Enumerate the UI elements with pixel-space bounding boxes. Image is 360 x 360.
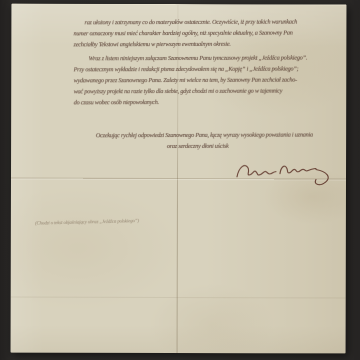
letter-line: Przy ostatecznym wykładzie i redakcji pi…	[74, 66, 299, 74]
closing-line: oraz serdeczny dłoni uścisk	[167, 143, 229, 150]
letter-line: raz ułożony i zatrzymany co do materyałó…	[84, 19, 297, 27]
closing-line: Oczekując rychłej odpowiedzi Szanownego …	[96, 132, 313, 140]
pencil-annotation: (Chodzi o tekst objaśniający obraz „Jeźd…	[35, 219, 139, 227]
letter-line: numer oznaczony musi mieć charakter bard…	[73, 30, 292, 38]
handwritten-signature-icon	[230, 156, 338, 190]
letter-line: wydawanego przez Szanownego Pana. Zależy…	[74, 77, 297, 85]
letter-line: do czasu wobec osób niepowołanych.	[74, 99, 159, 106]
handwritten-text-layer: raz ułożony i zatrzymany co do materyałó…	[10, 4, 346, 353]
letter-line: zechciałby Tekstowi angielskiemu w pierw…	[74, 41, 231, 49]
letter-line: Wraz z listem niniejszym załączam Szanow…	[89, 55, 308, 63]
letter-line: wać powyższy projekt na razie tylko dla …	[74, 88, 283, 96]
letter-paper: raz ułożony i zatrzymany co do materyałó…	[11, 4, 347, 354]
